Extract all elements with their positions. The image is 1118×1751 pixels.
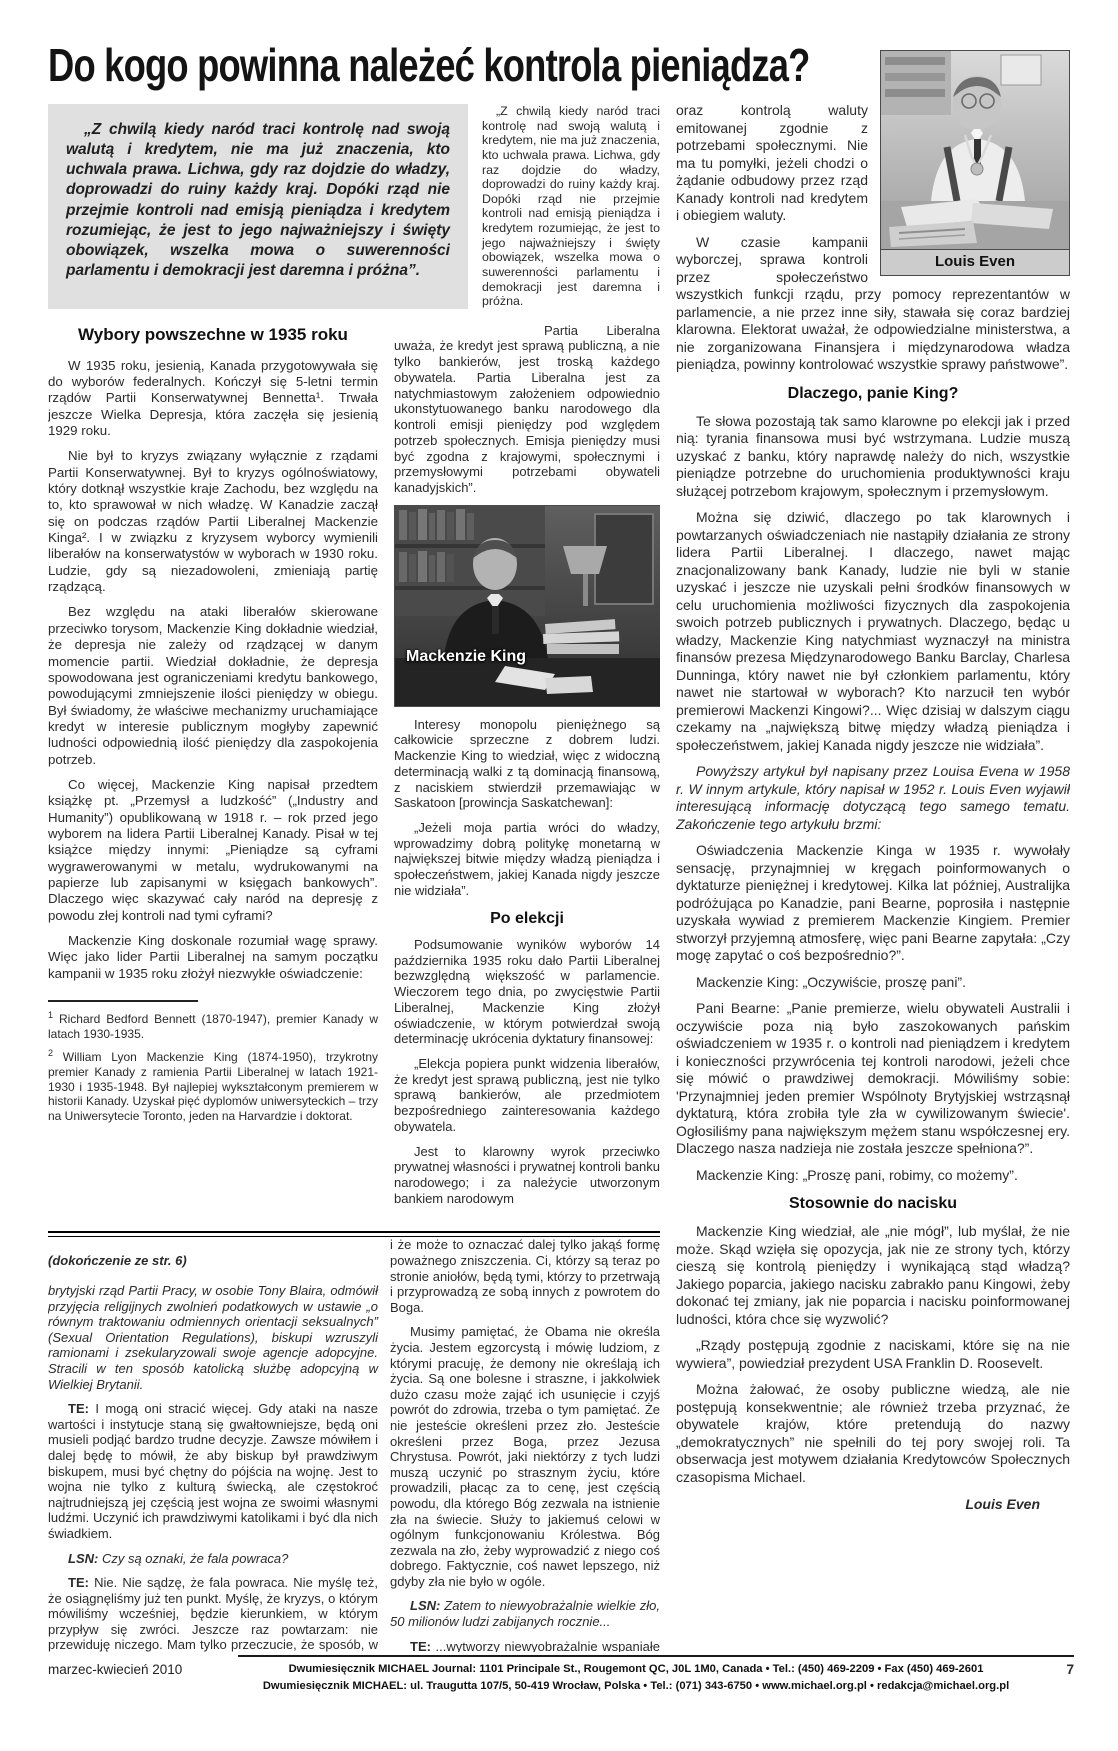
paragraph: Powyższy artykuł był napisany przez Loui… bbox=[676, 763, 1070, 833]
issue-date: marzec-kwiecień 2010 bbox=[48, 1658, 238, 1677]
mackenzie-king-photo: Mackenzie King bbox=[394, 505, 660, 707]
column-1: Wybory powszechne w 1935 rokuW 1935 roku… bbox=[48, 323, 378, 1216]
footer-rule bbox=[238, 1655, 1074, 1657]
paragraph: Bez względu na ataki liberałów skierowan… bbox=[48, 604, 378, 767]
quote-continuation-column: „Z chwilą kiedy naród traci kontrolę nad… bbox=[482, 104, 660, 309]
paragraph: „Jeżeli moja partia wróci do władzy, wpr… bbox=[394, 820, 660, 899]
paragraph: Jest to klarowny wyrok przeciwko prywatn… bbox=[394, 1144, 660, 1207]
paragraph: Podsumowanie wyników wyborów 14 paździer… bbox=[394, 937, 660, 1047]
publisher-line-2: Dwumiesięcznik MICHAEL: ul. Traugutta 10… bbox=[238, 1678, 1034, 1695]
mackenzie-king-caption: Mackenzie King bbox=[406, 647, 526, 666]
paragraph: 1 Richard Bedford Bennett (1870-1947), p… bbox=[48, 1012, 378, 1041]
paragraph: 2 William Lyon Mackenzie King (1874-1950… bbox=[48, 1050, 378, 1123]
bottom-article-columns: (dokończenie ze str. 6)brytyjski rząd Pa… bbox=[48, 1237, 660, 1652]
mackenzie-king-photo-image bbox=[394, 505, 660, 707]
newspaper-page: Do kogo powinna należeć kontrola pieniąd… bbox=[0, 0, 1118, 1751]
publisher-info: Dwumiesięcznik MICHAEL Journal: 1101 Pri… bbox=[238, 1658, 1034, 1695]
paragraph: Mackenzie King doskonale rozumiał wagę s… bbox=[48, 933, 378, 982]
paragraph: Mackenzie King: „Proszę pani, robimy, co… bbox=[676, 1167, 1070, 1185]
top-article-columns: Wybory powszechne w 1935 rokuW 1935 roku… bbox=[48, 323, 660, 1216]
publisher-line-1: Dwumiesięcznik MICHAEL Journal: 1101 Pri… bbox=[238, 1661, 1034, 1678]
page-number: 7 bbox=[1034, 1658, 1074, 1677]
left-region: „Z chwilą kiedy naród traci kontrolę nad… bbox=[48, 104, 660, 1652]
paragraph: LSN: Zatem to niewyobrażalnie wielkie zł… bbox=[390, 1598, 660, 1629]
paragraph: TE: I mogą oni stracić więcej. Gdy ataki… bbox=[48, 1401, 378, 1541]
author-signature: Louis Even bbox=[676, 1496, 1070, 1514]
paragraph: „Elekcja popiera punkt widzenia liberałó… bbox=[394, 1056, 660, 1135]
top-strip: „Z chwilą kiedy naród traci kontrolę nad… bbox=[48, 104, 660, 309]
paragraph: Można się dziwić, dlaczego po tak klarow… bbox=[676, 509, 1070, 754]
paragraph: Interesy monopolu pieniężnego są całkowi… bbox=[394, 717, 660, 811]
section-heading: Po elekcji bbox=[394, 909, 660, 928]
paragraph: Mackenzie King: „Oczywiście, proszę pani… bbox=[676, 974, 1070, 992]
louis-even-photo: Louis Even bbox=[880, 50, 1070, 276]
paragraph: W 1935 roku, jesienią, Kanada przygotowy… bbox=[48, 358, 378, 440]
paragraph: TE: Nie. Nie sądzę, że fala powraca. Nie… bbox=[48, 1575, 378, 1652]
section-heading: Dlaczego, panie King? bbox=[676, 384, 1070, 404]
page-footer: marzec-kwiecień 2010 Dwumiesięcznik MICH… bbox=[48, 1658, 1074, 1695]
paragraph: Nie był to kryzys związany wyłącznie z r… bbox=[48, 448, 378, 595]
paragraph: Mackenzie King wiedział, ale „nie mógł”,… bbox=[676, 1223, 1070, 1328]
paragraph: TE: ...wytworzy niewyobrażalnie wspaniał… bbox=[390, 1639, 660, 1652]
bottom-column-1: (dokończenie ze str. 6)brytyjski rząd Pa… bbox=[48, 1237, 378, 1652]
quote-box: „Z chwilą kiedy naród traci kontrolę nad… bbox=[48, 104, 468, 309]
paragraph: „Rządy postępują zgodnie z naciskami, kt… bbox=[676, 1337, 1070, 1372]
louis-even-caption: Louis Even bbox=[880, 250, 1070, 276]
paragraph: (dokończenie ze str. 6) bbox=[48, 1253, 378, 1269]
paragraph: Musimy pamiętać, że Obama nie określa ży… bbox=[390, 1324, 660, 1589]
paragraph: i że może to oznaczać dalej tylko jakąś … bbox=[390, 1237, 660, 1315]
section-heading: Wybory powszechne w 1935 roku bbox=[48, 325, 378, 346]
paragraph: brytyjski rząd Partii Pracy, w osobie To… bbox=[48, 1283, 378, 1392]
paragraph: „Z chwilą kiedy naród traci kontrolę nad… bbox=[482, 104, 660, 309]
column-2: Partia Liberalna uważa, że kredyt jest s… bbox=[394, 323, 660, 1216]
paragraph: Te słowa pozostają tak samo klarowne po … bbox=[676, 413, 1070, 501]
paragraph: Można żałować, że osoby publiczne wiedzą… bbox=[676, 1381, 1070, 1486]
louis-even-photo-image bbox=[880, 50, 1070, 250]
paragraph: Pani Bearne: „Panie premierze, wielu oby… bbox=[676, 1000, 1070, 1158]
section-heading: Stosownie do nacisku bbox=[676, 1194, 1070, 1214]
paragraph: LSN: Czy są oznaki, że fala powraca? bbox=[48, 1551, 378, 1567]
paragraph: Co więcej, Mackenzie King napisał przedt… bbox=[48, 777, 378, 924]
right-column: Louis Even oraz kontrolą waluty emitowan… bbox=[676, 50, 1070, 1514]
footnote-rule bbox=[48, 1000, 198, 1002]
paragraph: Oświadczenia Mackenzie Kinga w 1935 r. w… bbox=[676, 842, 1070, 965]
paragraph: Partia Liberalna uważa, że kredyt jest s… bbox=[394, 323, 660, 496]
bottom-column-2: i że może to oznaczać dalej tylko jakąś … bbox=[390, 1237, 660, 1652]
